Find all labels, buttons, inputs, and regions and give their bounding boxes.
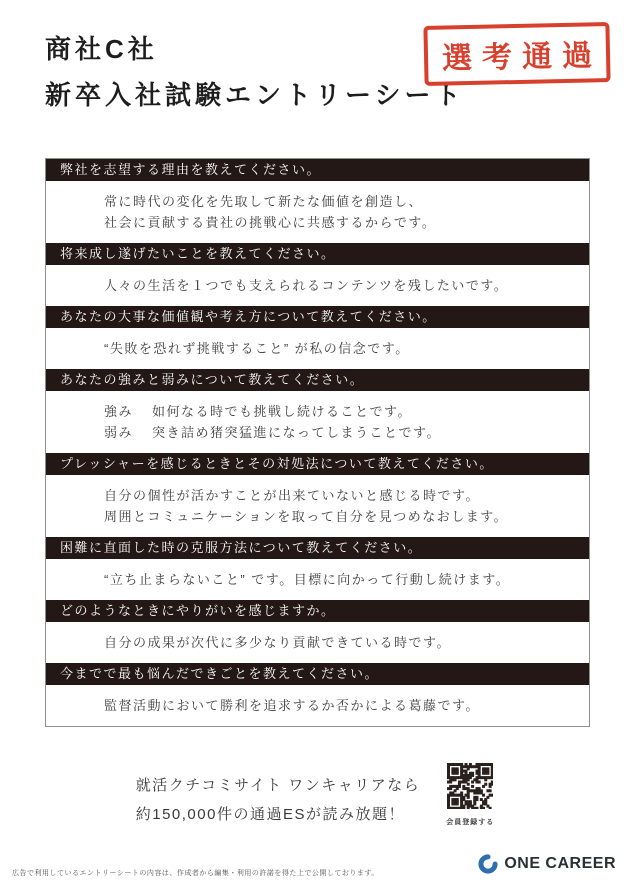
answer-block: 常に時代の変化を先取して新たな価値を創造し、 社会に貢献する貴社の挑戦心に共感す… xyxy=(46,181,589,243)
answer-line: “失敗を恐れず挑戦すること” が私の信念です。 xyxy=(104,338,575,359)
answer-line: 自分の個性が活かすことが出来ていないと感じる時です。 xyxy=(104,485,575,506)
answer-block: “失敗を恐れず挑戦すること” が私の信念です。 xyxy=(46,328,589,369)
company-name: 商社C社 xyxy=(45,34,464,64)
promo-text: 就活クチコミサイト ワンキャリアなら 約150,000件の通過ESが読み放題！ xyxy=(136,763,421,829)
answer-line: 社会に貢献する貴社の挑戦心に共感するからです。 xyxy=(104,212,575,233)
weakness-label: 弱み xyxy=(104,422,152,443)
one-career-swirl-icon xyxy=(478,854,498,874)
answer-block: 自分の成果が次代に多少なり貢献できている時です。 xyxy=(46,622,589,663)
promo-banner: 就活クチコミサイト ワンキャリアなら 約150,000件の通過ESが読み放題！ … xyxy=(0,763,630,829)
page-title: 商社C社 新卒入社試験エントリーシート xyxy=(45,34,464,110)
entry-sheet-page: 商社C社 新卒入社試験エントリーシート 選考通過 弊社を志望する理由を教えてくだ… xyxy=(0,0,630,892)
question-bar: プレッシャーを感じるときとその対処法について教えてください。 xyxy=(46,453,589,475)
question-bar: あなたの強みと弱みについて教えてください。 xyxy=(46,369,589,391)
answer-line: 常に時代の変化を先取して新たな価値を創造し、 xyxy=(104,191,575,212)
qr-block: 会員登録する xyxy=(446,763,494,827)
qa-section: あなたの大事な価値観や考え方について教えてください。 “失敗を恐れず挑戦すること… xyxy=(46,306,589,369)
brand-logo: ONE CAREER xyxy=(478,854,616,874)
strength-row: 強み 如何なる時でも挑戦し続けることです。 xyxy=(104,401,575,422)
question-bar: どのようなときにやりがいを感じますか。 xyxy=(46,600,589,622)
answer-line: 監督活動において勝利を追求するか否かによる葛藤です。 xyxy=(104,695,575,716)
brand-name: ONE CAREER xyxy=(504,855,616,873)
answer-line: 人々の生活を１つでも支えられるコンテンツを残したいです。 xyxy=(104,275,575,296)
document-title: 新卒入社試験エントリーシート xyxy=(45,80,464,110)
qa-section: プレッシャーを感じるときとその対処法について教えてください。 自分の個性が活かす… xyxy=(46,453,589,537)
question-bar: あなたの大事な価値観や考え方について教えてください。 xyxy=(46,306,589,328)
weakness-text: 突き詰め猪突猛進になってしまうことです。 xyxy=(152,422,441,443)
question-bar: 弊社を志望する理由を教えてください。 xyxy=(46,159,589,181)
qa-section: どのようなときにやりがいを感じますか。 自分の成果が次代に多少なり貢献できている… xyxy=(46,600,589,663)
question-bar: 今までで最も悩んだできごとを教えてください。 xyxy=(46,663,589,685)
answer-block: 自分の個性が活かすことが出来ていないと感じる時です。 周囲とコミュニケーションを… xyxy=(46,475,589,537)
strength-label: 強み xyxy=(104,401,152,422)
answer-line: 周囲とコミュニケーションを取って自分を見つめなおします。 xyxy=(104,506,575,527)
qa-section: 弊社を志望する理由を教えてください。 常に時代の変化を先取して新たな価値を創造し… xyxy=(46,159,589,243)
answer-line: “立ち止まらないこと” です。目標に向かって行動し続けます。 xyxy=(104,569,575,590)
answer-block: “立ち止まらないこと” です。目標に向かって行動し続けます。 xyxy=(46,559,589,600)
weakness-row: 弱み 突き詰め猪突猛進になってしまうことです。 xyxy=(104,422,575,443)
qa-section: 将来成し遂げたいことを教えてください。 人々の生活を１つでも支えられるコンテンツ… xyxy=(46,243,589,306)
qr-code xyxy=(447,763,493,809)
promo-line-1: 就活クチコミサイト ワンキャリアなら xyxy=(136,771,421,800)
disclaimer-text: 広告で利用しているエントリーシートの内容は、作成者から編集・利用の許諾を得た上で… xyxy=(12,868,379,878)
answer-block: 人々の生活を１つでも支えられるコンテンツを残したいです。 xyxy=(46,265,589,306)
answer-line: 自分の成果が次代に多少なり貢献できている時です。 xyxy=(104,632,575,653)
question-bar: 困難に直面した時の克服方法について教えてください。 xyxy=(46,537,589,559)
answer-block: 監督活動において勝利を追求するか否かによる葛藤です。 xyxy=(46,685,589,726)
question-bar: 将来成し遂げたいことを教えてください。 xyxy=(46,243,589,265)
qa-section: あなたの強みと弱みについて教えてください。 強み 如何なる時でも挑戦し続けること… xyxy=(46,369,589,453)
answer-block: 強み 如何なる時でも挑戦し続けることです。 弱み 突き詰め猪突猛進になってしまう… xyxy=(46,391,589,453)
qr-caption: 会員登録する xyxy=(446,817,494,827)
qa-section: 困難に直面した時の克服方法について教えてください。 “立ち止まらないこと” です… xyxy=(46,537,589,600)
promo-line-2: 約150,000件の通過ESが読み放題！ xyxy=(136,800,421,829)
passed-screening-stamp: 選考通過 xyxy=(423,22,610,86)
qa-sheet: 弊社を志望する理由を教えてください。 常に時代の変化を先取して新たな価値を創造し… xyxy=(45,158,590,727)
qa-section: 今までで最も悩んだできごとを教えてください。 監督活動において勝利を追求するか否… xyxy=(46,663,589,726)
strength-text: 如何なる時でも挑戦し続けることです。 xyxy=(152,401,412,422)
